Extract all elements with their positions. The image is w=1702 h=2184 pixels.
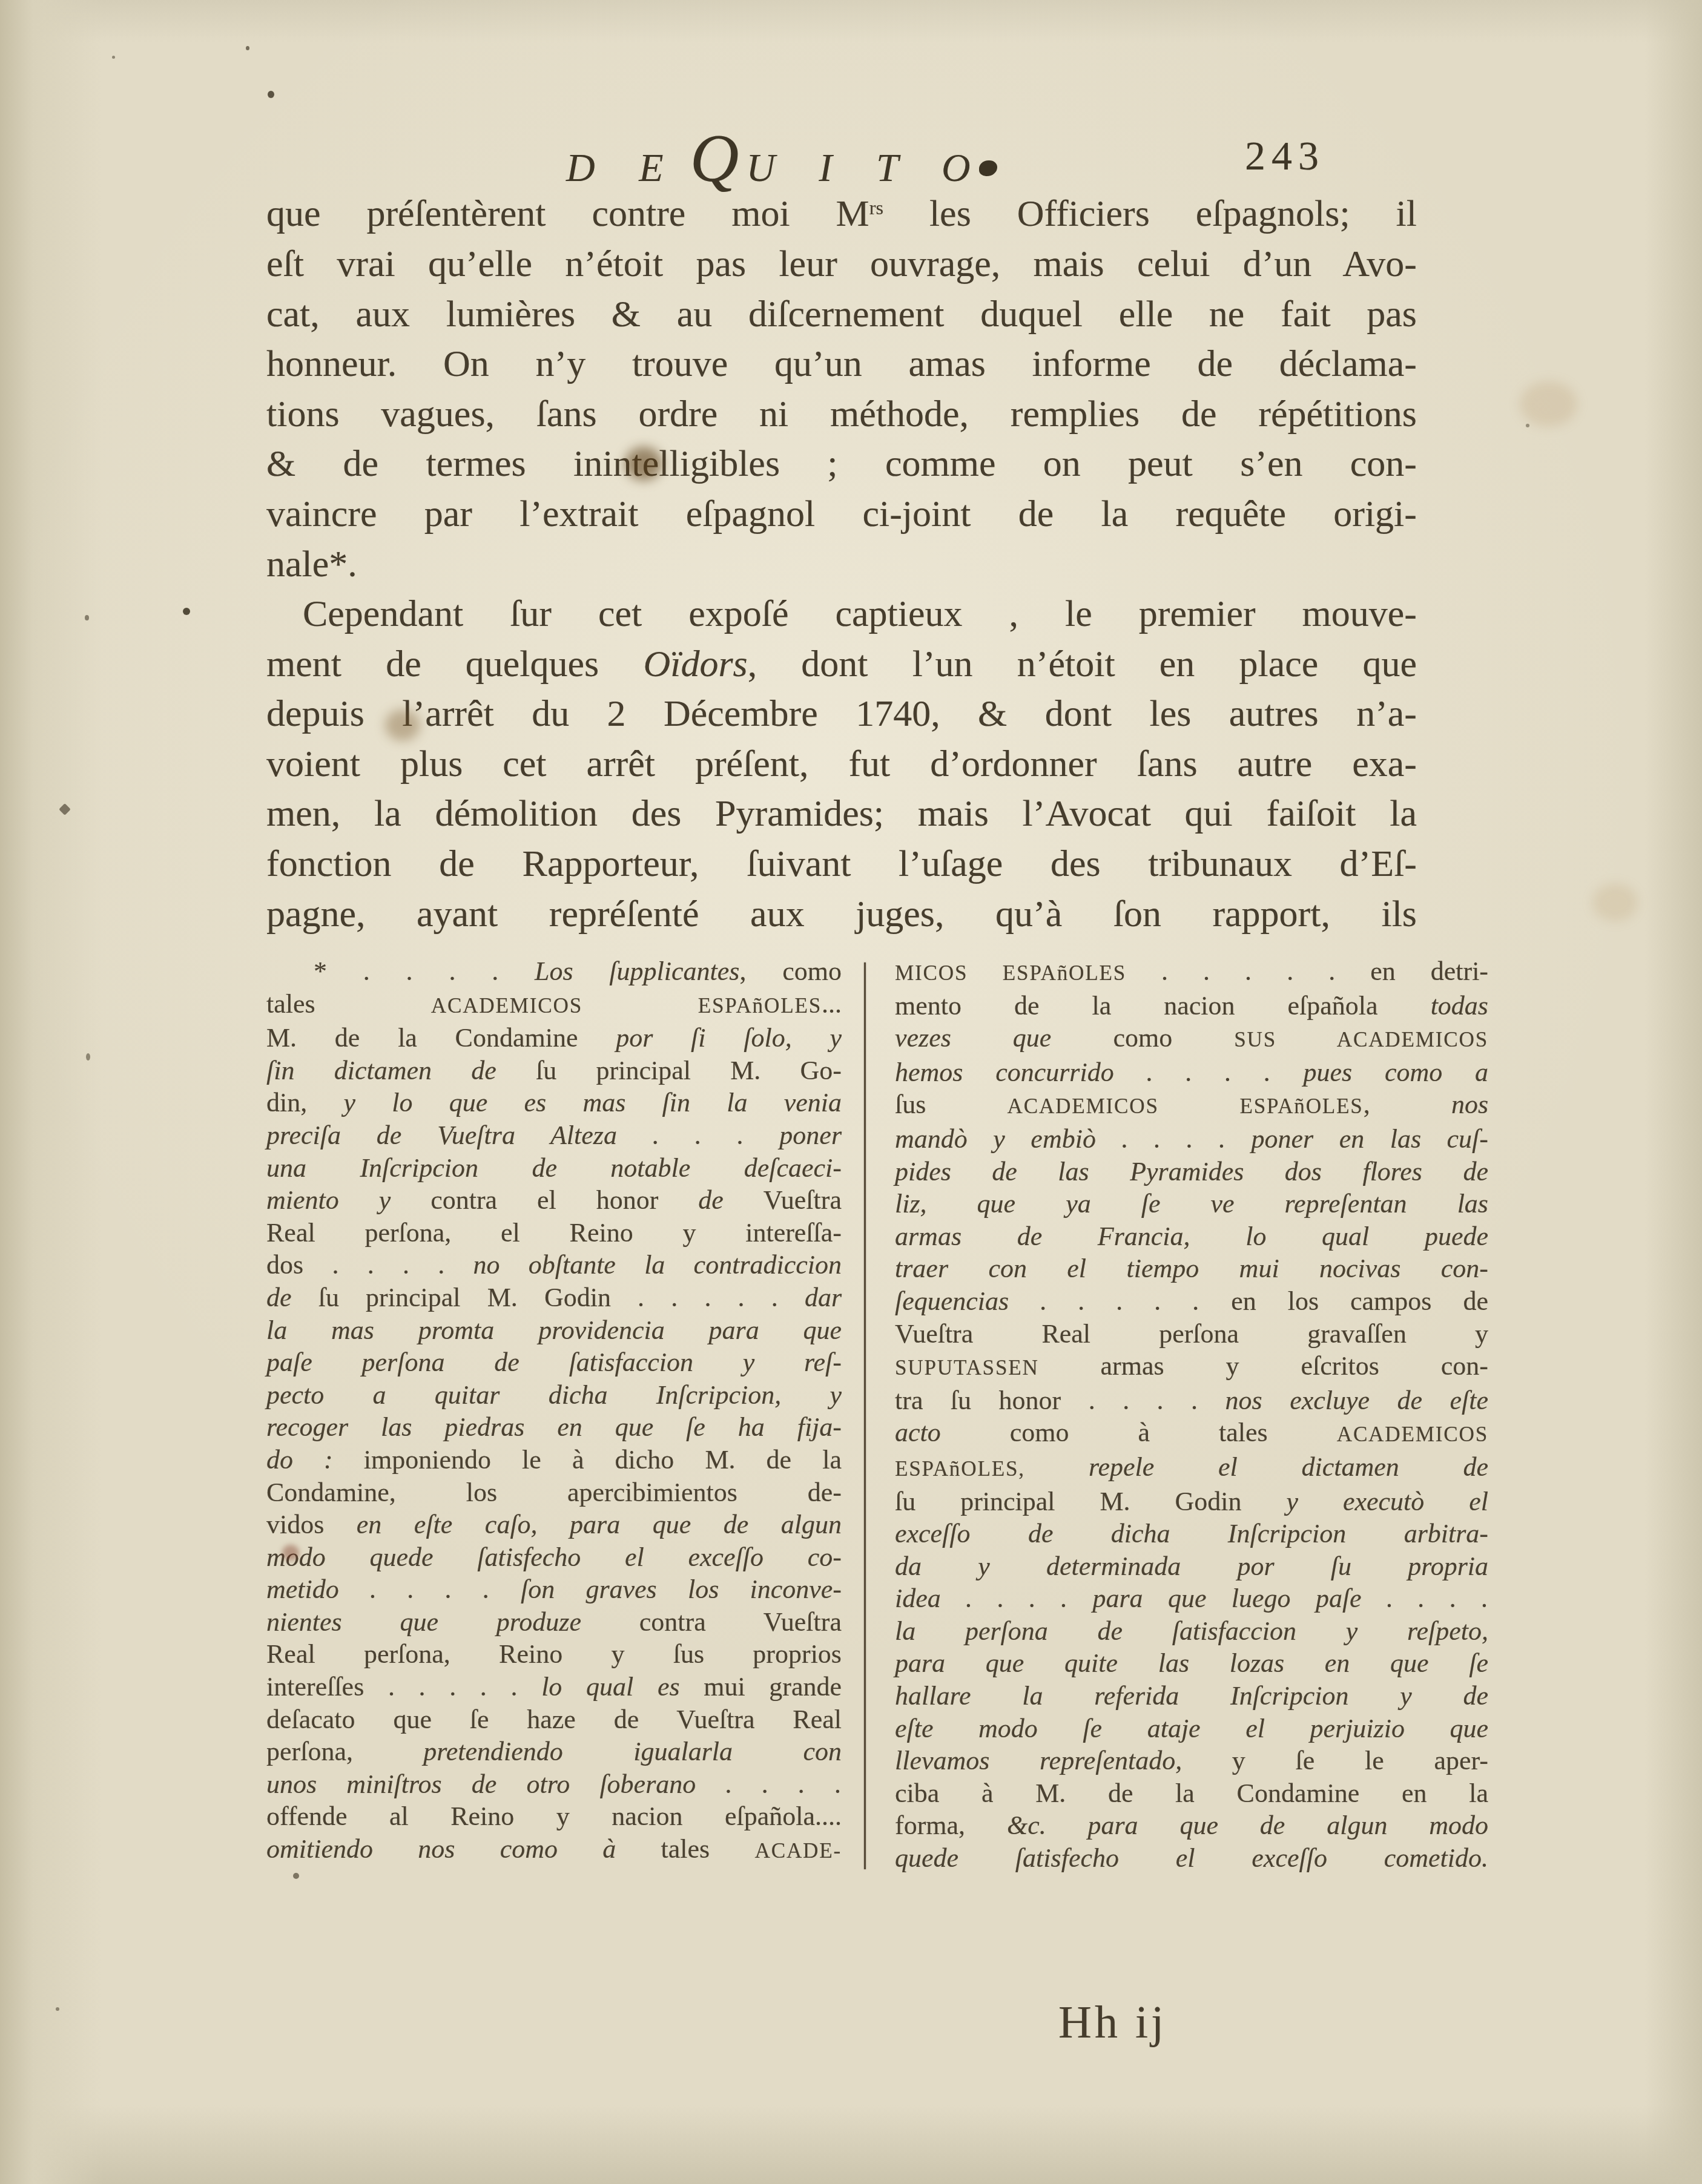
- text-line: ment de quelques Oïdors, dont l’un n’éto…: [266, 639, 1417, 689]
- paper-stain: [385, 709, 420, 741]
- text-line: tales ACADEMICOS ESPAñOLES...: [266, 988, 842, 1022]
- text-line: tions vagues, ſans ordre ni méthode, rem…: [266, 389, 1417, 439]
- text-line: da y determinada por ſu propria: [895, 1550, 1488, 1583]
- footnote-column-divider: [864, 962, 866, 1869]
- text-line: pecto a quitar dicha Inſcripcion, y: [266, 1379, 842, 1412]
- text-line: modo quede ſatisfecho el exceſſo co-: [266, 1541, 842, 1574]
- text-line: perſona, pretendiendo igualarla con: [266, 1735, 842, 1768]
- text-line: ſin dictamen de ſu principal M. Go-: [266, 1054, 842, 1087]
- text-line: hemos concurrido . . . . pues como a: [895, 1056, 1488, 1089]
- text-line: acto como à tales ACADEMICOS: [895, 1416, 1488, 1451]
- text-line: mento de la nacion eſpañola todas: [895, 990, 1488, 1022]
- text-line: Cependant ſur cet expoſé captieux , le p…: [266, 589, 1417, 639]
- text-line: recoger las piedras en que ſe ha fija-: [266, 1411, 842, 1444]
- text-line: metido . . . . ſon graves los inconve-: [266, 1573, 842, 1606]
- paper-stain: [282, 1545, 299, 1561]
- text-line: mandò y embiò . . . . poner en las cuſ-: [895, 1123, 1488, 1156]
- main-text-block: que préſentèrent contre moi Mrs les Offi…: [266, 183, 1417, 939]
- text-line: MICOS ESPAñOLES . . . . . en detri-: [895, 955, 1488, 990]
- text-line: offende al Reino y nacion eſpañola....: [266, 1800, 842, 1833]
- text-line: voient plus cet arrêt préſent, fut d’ord…: [266, 739, 1417, 789]
- text-line: nientes que produze contra Vueſtra: [266, 1606, 842, 1639]
- text-line: unos miniſtros de otro ſoberano . . . .: [266, 1768, 842, 1801]
- text-line: ciba à M. de la Condamine en la: [895, 1777, 1488, 1810]
- text-line: paſe perſona de ſatisfaccion y reſ-: [266, 1346, 842, 1379]
- ink-speck: [56, 2007, 59, 2011]
- text-line: para que quite las lozas en que ſe: [895, 1647, 1488, 1680]
- text-line: hallare la referida Inſcripcion y de: [895, 1680, 1488, 1712]
- text-line: llevamos repreſentado, y ſe le aper-: [895, 1745, 1488, 1777]
- ink-speck: [183, 608, 190, 615]
- signature-mark: Hh ij: [1058, 1996, 1167, 2049]
- text-line: Real perſona, el Reino y intereſſa-: [266, 1217, 842, 1249]
- text-line: quede ſatisfecho el exceſſo cometido.: [895, 1842, 1488, 1875]
- ink-blot-icon: [979, 160, 997, 176]
- text-line: ſus ACADEMICOS ESPAñOLES, nos: [895, 1088, 1488, 1123]
- footnote-left-column: * . . . . Los ſupplicantes, comotales AC…: [266, 955, 842, 1867]
- text-line: vezes que como SUS ACADEMICOS: [895, 1022, 1488, 1056]
- text-line: forma, &c. para que de algun modo: [895, 1809, 1488, 1842]
- ink-speck: [1526, 424, 1529, 427]
- text-line: una Inſcripcion de notable deſcaeci-: [266, 1152, 842, 1185]
- text-line: pagne, ayant repréſenté aux juges, qu’à …: [266, 889, 1417, 939]
- text-line: armas de Francia, lo qual puede: [895, 1220, 1488, 1253]
- text-line: fonction de Rapporteur, ſuivant l’uſage …: [266, 839, 1417, 889]
- ink-speck: [293, 1873, 299, 1879]
- text-line: men, la démolition des Pyramides; mais l…: [266, 789, 1417, 839]
- ink-speck: [85, 615, 89, 620]
- text-line: Condamine, los apercibimientos de-: [266, 1476, 842, 1509]
- text-line: de ſu principal M. Godin . . . . . dar: [266, 1281, 842, 1314]
- ink-speck: [59, 803, 71, 815]
- text-line: preciſa de Vueſtra Alteza . . . poner: [266, 1119, 842, 1152]
- text-line: la perſona de ſatisfaccion y reſpeto,: [895, 1615, 1488, 1648]
- text-line: deſacato que ſe haze de Vueſtra Real: [266, 1703, 842, 1736]
- text-line: vidos en eſte caſo, para que de algun: [266, 1508, 842, 1541]
- text-line: Vueſtra Real perſona gravaſſen y: [895, 1318, 1488, 1350]
- ink-speck: [268, 91, 274, 98]
- text-line: omitiendo nos como à tales ACADE-: [266, 1833, 842, 1867]
- text-line: tra ſu honor . . . . nos excluye de eſte: [895, 1384, 1488, 1417]
- text-line: vaincre par l’extrait eſpagnol ci-joint …: [266, 489, 1417, 539]
- ink-speck: [112, 56, 115, 59]
- text-line: & de termes inintelligibles ; comme on p…: [266, 439, 1417, 489]
- paper-stain: [625, 447, 662, 481]
- text-line: nale*.: [266, 539, 1417, 590]
- text-line: pides de las Pyramides dos flores de: [895, 1156, 1488, 1188]
- ink-speck: [246, 46, 249, 50]
- text-line: que préſentèrent contre moi Mrs les Offi…: [266, 183, 1417, 239]
- paper-stain: [1592, 884, 1638, 921]
- text-line: do : imponiendo le à dicho M. de la: [266, 1444, 842, 1476]
- text-line: eſt vrai qu’elle n’étoit pas leur ouvrag…: [266, 239, 1417, 289]
- text-line: ESPAñOLES, repele el dictamen de: [895, 1451, 1488, 1485]
- paragraph-2: Cependant ſur cet expoſé captieux , le p…: [266, 589, 1417, 939]
- text-line: la mas promta providencia para que: [266, 1314, 842, 1347]
- book-page-scan: D EQU I T O 243 que préſentèrent contre …: [0, 0, 1702, 2184]
- text-line: traer con el tiempo mui nocivas con-: [895, 1252, 1488, 1285]
- text-line: ſequencias . . . . . en los campos de: [895, 1285, 1488, 1318]
- page-number: 243: [1245, 132, 1325, 180]
- text-line: eſte modo ſe ataje el perjuizio que: [895, 1712, 1488, 1745]
- text-line: dos . . . . no obſtante la contradiccion: [266, 1249, 842, 1281]
- text-line: * . . . . Los ſupplicantes, como: [266, 955, 842, 988]
- text-line: ſu principal M. Godin y executò el: [895, 1485, 1488, 1518]
- text-line: idea . . . . para que luego paſe . . . .: [895, 1582, 1488, 1615]
- text-line: M. de la Condamine por ſi ſolo, y: [266, 1022, 842, 1054]
- paragraph-1: que préſentèrent contre moi Mrs les Offi…: [266, 183, 1417, 589]
- ink-speck: [86, 1053, 90, 1061]
- text-line: depuis l’arrêt du 2 Décembre 1740, & don…: [266, 689, 1417, 739]
- paper-stain: [1520, 381, 1577, 427]
- text-line: SUPUTASSEN armas y eſcritos con-: [895, 1350, 1488, 1384]
- text-line: Real perſona, Reino y ſus proprios: [266, 1638, 842, 1671]
- text-line: cat, aux lumières & au diſcernement duqu…: [266, 289, 1417, 340]
- footnote-right-column: MICOS ESPAñOLES . . . . . en detri-mento…: [895, 955, 1488, 1875]
- text-line: din, y lo que es mas ſin la venia: [266, 1087, 842, 1119]
- text-line: intereſſes . . . . . lo qual es mui gran…: [266, 1671, 842, 1703]
- text-line: liz, que ya ſe ve repreſentan las: [895, 1188, 1488, 1220]
- text-line: honneur. On n’y trouve qu’un amas inform…: [266, 339, 1417, 389]
- text-line: exceſſo de dicha Inſcripcion arbitra-: [895, 1518, 1488, 1550]
- text-line: miento y contra el honor de Vueſtra: [266, 1184, 842, 1217]
